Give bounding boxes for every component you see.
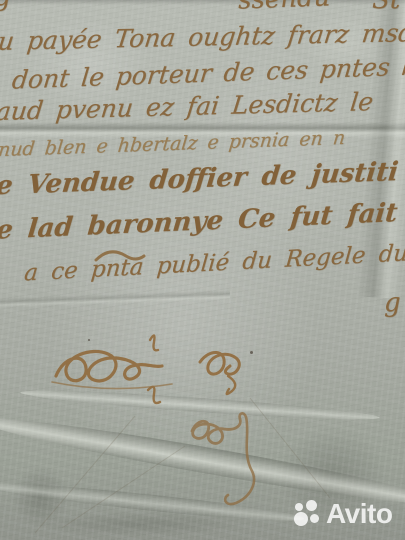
manuscript-photo: g ssendu St u payée Tona oughtz frarz ms…	[0, 0, 405, 540]
pen-flourish	[178, 405, 308, 525]
manuscript-top-fragment: ssendu	[238, 0, 331, 16]
lower-fold-ridge	[0, 477, 305, 526]
fold-under-signature	[20, 385, 380, 424]
manuscript-line-7: a ce pnta publié du Regele dug	[23, 239, 405, 286]
photo-top-shade	[0, 0, 405, 5]
manuscript-top-fragment: St	[372, 0, 400, 15]
avito-watermark: Avito	[294, 500, 392, 528]
manuscript-top-fragment: g	[0, 0, 11, 12]
avito-watermark-text: Avito	[326, 500, 392, 528]
manuscript-right-fragment: g	[384, 288, 401, 318]
small-fold-crease	[0, 290, 230, 308]
signature-flourish	[50, 328, 280, 413]
manuscript-line-4: nud blen e hbertalz e prsnia en n	[0, 127, 346, 161]
manuscript-line-1: u payée Tona oughtz frarz msdn p	[0, 17, 405, 56]
avito-logo-icon	[294, 500, 322, 528]
manuscript-line-5: e Vendue doffier de justiti sad	[0, 155, 405, 201]
ink-speck	[250, 351, 253, 354]
ink-speck	[88, 339, 90, 341]
manuscript-line-6: e lad baronnye Ce fut fait en p	[0, 194, 405, 245]
